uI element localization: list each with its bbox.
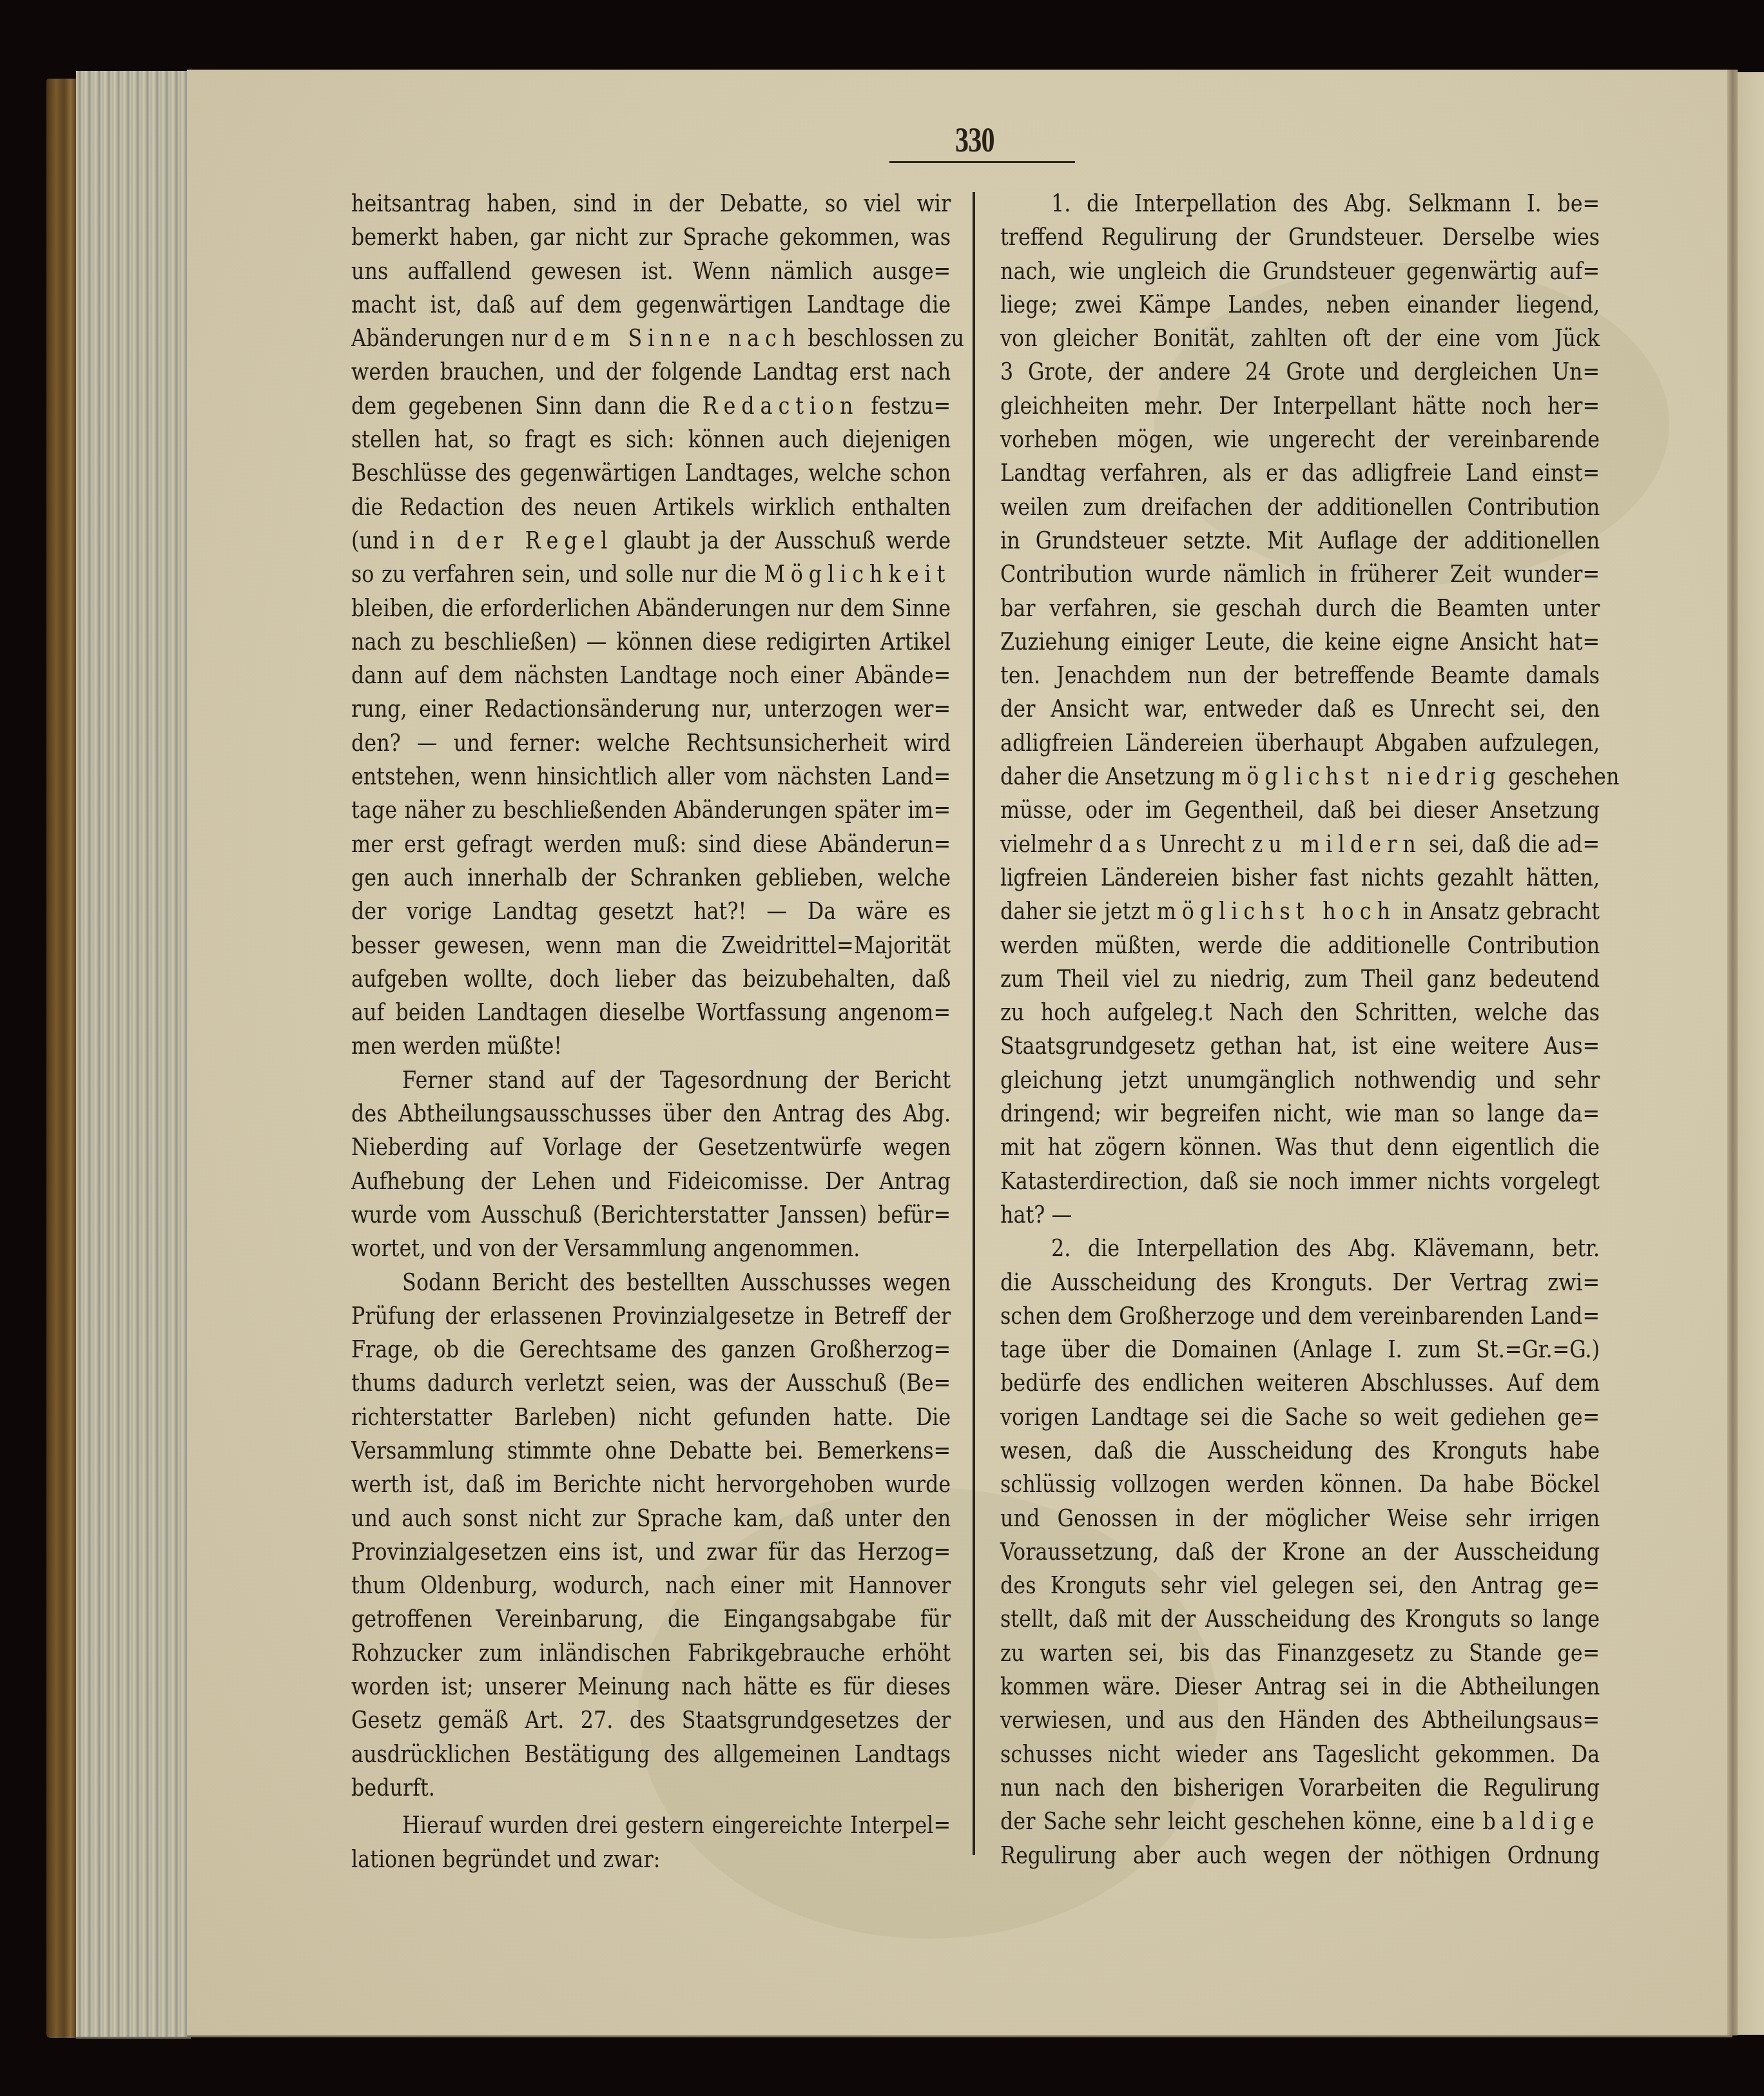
text-segment: schlüssig vollzogen werden können. Da ha…: [1000, 1470, 1600, 1498]
text-line: bedurft.: [351, 1771, 951, 1805]
text-segment: weilen zum dreifachen der additionellen …: [1000, 493, 1600, 521]
right-text-column: 1. die Interpellation des Abg. Selkmann …: [1000, 187, 1600, 1872]
text-line: mer erst gefragt werden muß: sind diese …: [351, 828, 951, 861]
text-segment: Rohzucker zum inländischen Fabrikgebrauc…: [351, 1639, 951, 1667]
text-line: Prüfung der erlassenen Provinzialgesetze…: [351, 1299, 951, 1333]
text-line: ten. Jenachdem nun der betreffende Beamt…: [1000, 659, 1600, 692]
text-line: ligfreien Ländereien bisher fast nichts …: [1000, 861, 1600, 895]
emphasized-text: möglichst niedrig: [1221, 762, 1502, 790]
header-rule: [889, 161, 1075, 163]
text-line: in Grundsteuer setzte. Mit Auflage der a…: [1000, 524, 1600, 558]
text-segment: aufgeben wollte, doch lieber das beizube…: [351, 965, 951, 993]
text-segment: 2. die Interpellation des Abg. Klävemann…: [1051, 1234, 1600, 1262]
text-line: stellen hat, so fragt es sich: können au…: [351, 423, 951, 456]
emphasized-text: dem Sinne nach: [554, 324, 801, 352]
text-segment: Frage, ob die Gerechtsame des ganzen Gro…: [351, 1335, 951, 1363]
emphasized-text: Redaction: [703, 392, 859, 420]
text-segment: bleiben, die erforderlichen Abänderungen…: [351, 594, 951, 622]
text-line: (und in der Regel glaubt ja der Ausschuß…: [351, 524, 951, 558]
text-line: Ferner stand auf der Tagesordnung der Be…: [351, 1063, 951, 1097]
text-segment: Aufhebung der Lehen und Fideicomisse. De…: [351, 1167, 951, 1195]
text-line: hat? —: [1000, 1198, 1600, 1232]
text-segment: Katasterdirection, daß sie noch immer ni…: [1000, 1167, 1600, 1195]
text-segment: mit hat zögern können. Was thut denn eig…: [1000, 1133, 1600, 1161]
text-segment: daher die Ansetzung: [1000, 762, 1221, 790]
emphasized-text: möglichst hoch: [1157, 897, 1396, 925]
text-segment: nach zu beschließen) — können diese redi…: [351, 628, 951, 655]
text-line: 3 Grote, der andere 24 Grote und derglei…: [1000, 355, 1600, 389]
text-line: dem gegebenen Sinn dann die Redaction fe…: [351, 389, 951, 423]
text-line: Zuziehung einiger Leute, die keine eigne…: [1000, 625, 1600, 659]
text-line: die Redaction des neuen Artikels wirklic…: [351, 490, 951, 524]
emphasized-text: das: [1099, 830, 1152, 858]
text-line: werden brauchen, und der folgende Landta…: [351, 355, 951, 389]
text-segment: des Abtheilungsausschusses über den Antr…: [351, 1100, 951, 1127]
text-segment: tage näher zu beschließenden Abänderunge…: [351, 796, 951, 824]
text-line: bedürfe des endlichen weiteren Abschluss…: [1000, 1366, 1600, 1400]
text-line: adligfreien Ländereien überhaupt Abgaben…: [1000, 726, 1600, 760]
text-line: entstehen, wenn hinsichtlich aller vom n…: [351, 760, 951, 793]
text-segment: Nieberding auf Vorlage der Gesetzentwürf…: [351, 1133, 951, 1161]
text-line: zu warten sei, bis das Finanzgesetz zu S…: [1000, 1636, 1600, 1670]
text-segment: richterstatter Barleben) nicht gefunden …: [351, 1403, 951, 1431]
text-line: Katasterdirection, daß sie noch immer ni…: [1000, 1165, 1600, 1198]
text-line: lationen begründet und zwar:: [351, 1843, 951, 1876]
text-segment: Regulirung aber auch wegen der nöthigen …: [1000, 1841, 1600, 1869]
emphasized-text: in der Regel: [409, 527, 613, 554]
text-segment: ligfreien Ländereien bisher fast nichts …: [1000, 864, 1600, 891]
page-stack-edge: [76, 71, 191, 2039]
text-line: nach, wie ungleich die Grundsteuer gegen…: [1000, 255, 1600, 288]
text-segment: treffend Regulirung der Grundsteuer. Der…: [1000, 223, 1600, 251]
text-line: daher sie jetzt möglichst hoch in Ansatz…: [1000, 895, 1600, 928]
text-line: wesen, daß die Ausscheidung des Kronguts…: [1000, 1434, 1600, 1468]
text-segment: wesen, daß die Ausscheidung des Kronguts…: [1000, 1437, 1600, 1464]
text-segment: tage über die Domainen (Anlage I. zum St…: [1000, 1335, 1600, 1363]
text-segment: stellt, daß mit der Ausscheidung des Kro…: [1000, 1605, 1600, 1633]
text-line: werden müßten, werde die additionelle Co…: [1000, 929, 1600, 962]
text-segment: festzu=: [858, 392, 951, 420]
text-segment: zum Theil viel zu niedrig, zum Theil gan…: [1000, 965, 1600, 993]
text-segment: wurde vom Ausschuß (Berichterstatter Jan…: [351, 1201, 951, 1228]
text-line: Landtag verfahren, als er das adligfreie…: [1000, 456, 1600, 490]
text-segment: Prüfung der erlassenen Provinzialgesetze…: [351, 1302, 951, 1330]
text-line: Sodann Bericht des bestellten Ausschusse…: [351, 1266, 951, 1299]
text-segment: lationen begründet und zwar:: [351, 1845, 660, 1873]
text-segment: sei, daß die ad=: [1422, 830, 1600, 858]
text-line: der Sache sehr leicht geschehen könne, e…: [1000, 1805, 1600, 1838]
text-segment: Landtag verfahren, als er das adligfreie…: [1000, 459, 1600, 487]
text-line: gleichung jetzt unumgänglich nothwendig …: [1000, 1063, 1600, 1097]
text-line: aufgeben wollte, doch lieber das beizube…: [351, 962, 951, 996]
text-line: müsse, oder im Gegentheil, daß bei diese…: [1000, 793, 1600, 827]
text-line: den? — und ferner: welche Rechtsunsicher…: [351, 726, 951, 760]
text-segment: des Kronguts sehr viel gelegen sei, den …: [1000, 1571, 1600, 1599]
text-line: auf beiden Landtagen dieselbe Wortfassun…: [351, 996, 951, 1029]
text-line: und Genossen in der möglicher Weise sehr…: [1000, 1502, 1600, 1535]
text-segment: dringend; wir begreifen nicht, wie man s…: [1000, 1100, 1600, 1127]
text-segment: werth ist, daß im Berichte nicht hervorg…: [351, 1470, 951, 1498]
text-segment: daher sie jetzt: [1000, 897, 1157, 925]
text-line: heitsantrag haben, sind in der Debatte, …: [351, 187, 951, 220]
text-line: des Kronguts sehr viel gelegen sei, den …: [1000, 1569, 1600, 1602]
text-line: gleichheiten mehr. Der Interpellant hätt…: [1000, 389, 1600, 423]
text-line: Contribution wurde nämlich in früherer Z…: [1000, 558, 1600, 591]
text-segment: entstehen, wenn hinsichtlich aller vom n…: [351, 762, 951, 790]
text-line: Hierauf wurden drei gestern eingereichte…: [351, 1809, 951, 1842]
text-segment: thum Oldenburg, wodurch, nach einer mit …: [351, 1571, 951, 1599]
text-segment: beschlossen zu: [801, 324, 964, 352]
text-segment: bar verfahren, sie geschah durch die Bea…: [1000, 594, 1600, 622]
emphasized-text: baldige: [1483, 1807, 1600, 1835]
text-segment: nach, wie ungleich die Grundsteuer gegen…: [1000, 257, 1600, 285]
text-segment: nun nach den bisherigen Vorarbeiten die …: [1000, 1774, 1600, 1801]
text-line: kommen wäre. Dieser Antrag sei in die Ab…: [1000, 1670, 1600, 1703]
text-segment: vorigen Landtage sei die Sache so weit g…: [1000, 1403, 1600, 1431]
text-line: thums dadurch verletzt seien, was der Au…: [351, 1366, 951, 1400]
text-segment: Versammlung stimmte ohne Debatte bei. Be…: [351, 1437, 951, 1464]
text-line: zu hoch aufgeleg.t Nach den Schritten, w…: [1000, 996, 1600, 1029]
text-segment: kommen wäre. Dieser Antrag sei in die Ab…: [1000, 1673, 1600, 1700]
text-segment: die Redaction des neuen Artikels wirklic…: [351, 493, 951, 521]
text-line: treffend Regulirung der Grundsteuer. Der…: [1000, 220, 1600, 254]
text-segment: und Genossen in der möglicher Weise sehr…: [1000, 1504, 1600, 1532]
text-line: macht ist, daß auf dem gegenwärtigen Lan…: [351, 288, 951, 322]
text-segment: stellen hat, so fragt es sich: können au…: [351, 425, 951, 453]
text-segment: so zu verfahren sein, und solle nur die: [351, 560, 764, 588]
text-segment: dann auf dem nächsten Landtage noch eine…: [351, 661, 951, 689]
text-line: Rohzucker zum inländischen Fabrikgebrauc…: [351, 1636, 951, 1670]
text-segment: die Ausscheidung des Kronguts. Der Vertr…: [1000, 1268, 1600, 1296]
text-segment: geschehen: [1502, 762, 1620, 790]
text-line: Gesetz gemäß Art. 27. des Staatsgrundges…: [351, 1703, 951, 1737]
text-segment: bedürfe des endlichen weiteren Abschluss…: [1000, 1369, 1600, 1397]
text-line: daher die Ansetzung möglichst niedrig ge…: [1000, 760, 1600, 793]
text-line: tage über die Domainen (Anlage I. zum St…: [1000, 1333, 1600, 1366]
text-segment: Sodann Bericht des bestellten Ausschusse…: [402, 1268, 951, 1296]
text-segment: besser gewesen, wenn man die Zweidrittel…: [351, 931, 951, 959]
text-segment: den? — und ferner: welche Rechtsunsicher…: [351, 729, 951, 757]
text-line: wortet, und von der Versammlung angenomm…: [351, 1232, 951, 1265]
text-line: des Abtheilungsausschusses über den Antr…: [351, 1097, 951, 1130]
text-segment: auf beiden Landtagen dieselbe Wortfassun…: [351, 998, 951, 1026]
text-segment: Abänderungen nur: [351, 324, 554, 352]
text-line: dann auf dem nächsten Landtage noch eine…: [351, 659, 951, 692]
text-segment: rung, einer Redactionsänderung nur, unte…: [351, 695, 951, 723]
text-line: dringend; wir begreifen nicht, wie man s…: [1000, 1097, 1600, 1130]
text-segment: werden müßten, werde die additionelle Co…: [1000, 931, 1600, 959]
text-line: vorigen Landtage sei die Sache so weit g…: [1000, 1401, 1600, 1434]
text-segment: Unrecht: [1152, 830, 1252, 858]
text-segment: zu warten sei, bis das Finanzgesetz zu S…: [1000, 1639, 1600, 1667]
text-segment: glaubt ja der Ausschuß werde: [613, 527, 951, 554]
text-line: schusses nicht wieder ans Tageslicht gek…: [1000, 1738, 1600, 1771]
text-line: bleiben, die erforderlichen Abänderungen…: [351, 592, 951, 625]
facing-page-edge: [1738, 72, 1764, 2035]
text-line: verwiesen, und aus den Händen des Abthei…: [1000, 1703, 1600, 1737]
text-line: tage näher zu beschließenden Abänderunge…: [351, 793, 951, 827]
text-segment: worden ist; unserer Meinung nach hätte e…: [351, 1673, 951, 1700]
text-segment: Hierauf wurden drei gestern eingereichte…: [402, 1811, 951, 1839]
text-segment: 3 Grote, der andere 24 Grote und derglei…: [1000, 358, 1600, 385]
page-number: 330: [955, 120, 991, 160]
column-divider: [973, 192, 975, 1855]
text-line: Abänderungen nur dem Sinne nach beschlos…: [351, 322, 951, 355]
text-segment: schen dem Großherzoge und dem vereinbare…: [1000, 1302, 1600, 1330]
text-segment: zu hoch aufgeleg.t Nach den Schritten, w…: [1000, 998, 1600, 1026]
text-line: der vorige Landtag gesetzt hat?! — Da wä…: [351, 895, 951, 928]
book-cover-edge: [46, 79, 79, 2038]
text-segment: bemerkt haben, gar nicht zur Sprache gek…: [351, 223, 951, 251]
text-line: werth ist, daß im Berichte nicht hervorg…: [351, 1468, 951, 1501]
text-line: men werden müßte!: [351, 1029, 951, 1063]
text-line: mit hat zögern können. Was thut denn eig…: [1000, 1130, 1600, 1164]
text-segment: gen auch innerhalb der Schranken geblieb…: [351, 864, 951, 891]
text-line: nach zu beschließen) — können diese redi…: [351, 625, 951, 659]
text-line: rung, einer Redactionsänderung nur, unte…: [351, 692, 951, 726]
text-line: so zu verfahren sein, und solle nur die …: [351, 558, 951, 591]
text-line: Voraussetzung, daß der Krone an der Auss…: [1000, 1535, 1600, 1569]
text-segment: men werden müßte!: [351, 1032, 562, 1060]
text-line: 2. die Interpellation des Abg. Klävemann…: [1000, 1232, 1600, 1265]
text-segment: werden brauchen, und der folgende Landta…: [351, 358, 951, 385]
text-line: getroffenen Vereinbarung, die Eingangsab…: [351, 1602, 951, 1636]
text-line: von gleicher Bonität, zahlten oft der ei…: [1000, 322, 1600, 355]
text-line: richterstatter Barleben) nicht gefunden …: [351, 1401, 951, 1434]
text-line: Regulirung aber auch wegen der nöthigen …: [1000, 1839, 1600, 1872]
text-line: gen auch innerhalb der Schranken geblieb…: [351, 861, 951, 895]
text-line: vielmehr das Unrecht zu mildern sei, daß…: [1000, 828, 1600, 861]
text-line: wurde vom Ausschuß (Berichterstatter Jan…: [351, 1198, 951, 1232]
text-segment: der vorige Landtag gesetzt hat?! — Da wä…: [351, 897, 951, 925]
emphasized-text: zu mildern: [1252, 830, 1422, 858]
text-line: 1. die Interpellation des Abg. Selkmann …: [1000, 187, 1600, 220]
text-line: Staatsgrundgesetz gethan hat, ist eine w…: [1000, 1029, 1600, 1063]
text-segment: heitsantrag haben, sind in der Debatte, …: [351, 189, 951, 217]
text-line: nun nach den bisherigen Vorarbeiten die …: [1000, 1771, 1600, 1805]
text-line: thum Oldenburg, wodurch, nach einer mit …: [351, 1569, 951, 1602]
text-line: vorheben mögen, wie ungerecht der verein…: [1000, 423, 1600, 456]
text-segment: Gesetz gemäß Art. 27. des Staatsgrundges…: [351, 1706, 951, 1734]
text-segment: hat? —: [1000, 1201, 1072, 1228]
text-segment: gleichung jetzt unumgänglich nothwendig …: [1000, 1066, 1600, 1094]
text-line: besser gewesen, wenn man die Zweidrittel…: [351, 929, 951, 962]
text-segment: mer erst gefragt werden muß: sind diese …: [351, 830, 951, 858]
text-segment: Zuziehung einiger Leute, die keine eigne…: [1000, 628, 1600, 655]
text-segment: vorheben mögen, wie ungerecht der verein…: [1000, 425, 1600, 453]
text-segment: macht ist, daß auf dem gegenwärtigen Lan…: [351, 291, 951, 318]
text-segment: dem gegebenen Sinn dann die: [351, 392, 703, 420]
text-line: Nieberding auf Vorlage der Gesetzentwürf…: [351, 1130, 951, 1164]
text-line: bar verfahren, sie geschah durch die Bea…: [1000, 592, 1600, 625]
text-segment: (und: [351, 527, 409, 554]
text-segment: uns auffallend gewesen ist. Wenn nämlich…: [351, 257, 951, 285]
text-segment: getroffenen Vereinbarung, die Eingangsab…: [351, 1605, 951, 1633]
text-segment: bedurft.: [351, 1774, 435, 1801]
text-line: Aufhebung der Lehen und Fideicomisse. De…: [351, 1165, 951, 1198]
text-segment: verwiesen, und aus den Händen des Abthei…: [1000, 1706, 1600, 1734]
text-segment: thums dadurch verletzt seien, was der Au…: [351, 1369, 951, 1397]
text-line: und auch sonst nicht zur Sprache kam, da…: [351, 1502, 951, 1535]
text-segment: müsse, oder im Gegentheil, daß bei diese…: [1000, 796, 1600, 824]
text-line: schlüssig vollzogen werden können. Da ha…: [1000, 1468, 1600, 1501]
text-segment: gleichheiten mehr. Der Interpellant hätt…: [1000, 392, 1600, 420]
text-line: stellt, daß mit der Ausscheidung des Kro…: [1000, 1602, 1600, 1636]
book-gutter: [1727, 70, 1738, 2035]
text-line: worden ist; unserer Meinung nach hätte e…: [351, 1670, 951, 1703]
text-line: Frage, ob die Gerechtsame des ganzen Gro…: [351, 1333, 951, 1366]
text-line: Versammlung stimmte ohne Debatte bei. Be…: [351, 1434, 951, 1468]
text-segment: liege; zwei Kämpe Landes, neben einander…: [1000, 291, 1600, 318]
text-segment: und auch sonst nicht zur Sprache kam, da…: [351, 1504, 951, 1532]
text-segment: in Ansatz gebracht: [1396, 897, 1600, 925]
text-segment: der Sache sehr leicht geschehen könne, e…: [1000, 1807, 1483, 1835]
text-segment: Contribution wurde nämlich in früherer Z…: [1000, 560, 1600, 588]
text-segment: Ferner stand auf der Tagesordnung der Be…: [402, 1066, 951, 1094]
text-segment: von gleicher Bonität, zahlten oft der ei…: [1000, 324, 1600, 352]
text-line: liege; zwei Kämpe Landes, neben einander…: [1000, 288, 1600, 322]
text-line: die Ausscheidung des Kronguts. Der Vertr…: [1000, 1266, 1600, 1299]
text-line: Beschlüsse des gegenwärtigen Landtages, …: [351, 456, 951, 490]
text-line: bemerkt haben, gar nicht zur Sprache gek…: [351, 220, 951, 254]
text-segment: Provinzialgesetzen eins ist, und zwar fü…: [351, 1538, 951, 1566]
text-line: weilen zum dreifachen der additionellen …: [1000, 490, 1600, 524]
text-line: zum Theil viel zu niedrig, zum Theil gan…: [1000, 962, 1600, 996]
text-segment: ten. Jenachdem nun der betreffende Beamt…: [1000, 661, 1600, 689]
text-segment: Voraussetzung, daß der Krone an der Auss…: [1000, 1538, 1600, 1566]
text-segment: wortet, und von der Versammlung angenomm…: [351, 1234, 860, 1262]
left-text-column: heitsantrag haben, sind in der Debatte, …: [351, 187, 951, 1876]
text-segment: Staatsgrundgesetz gethan hat, ist eine w…: [1000, 1032, 1600, 1060]
emphasized-text: Möglichkeit: [764, 560, 951, 588]
text-segment: Beschlüsse des gegenwärtigen Landtages, …: [351, 459, 951, 487]
text-segment: adligfreien Ländereien überhaupt Abgaben…: [1000, 729, 1600, 757]
text-line: schen dem Großherzoge und dem vereinbare…: [1000, 1299, 1600, 1333]
text-line: Provinzialgesetzen eins ist, und zwar fü…: [351, 1535, 951, 1569]
text-segment: ausdrücklichen Bestätigung des allgemein…: [351, 1740, 951, 1768]
text-segment: schusses nicht wieder ans Tageslicht gek…: [1000, 1740, 1600, 1768]
text-segment: vielmehr: [1000, 830, 1099, 858]
text-segment: 1. die Interpellation des Abg. Selkmann …: [1051, 189, 1600, 217]
text-line: ausdrücklichen Bestätigung des allgemein…: [351, 1738, 951, 1771]
text-segment: in Grundsteuer setzte. Mit Auflage der a…: [1000, 527, 1600, 554]
text-segment: der Ansicht war, entweder daß es Unrecht…: [1000, 695, 1600, 723]
text-line: uns auffallend gewesen ist. Wenn nämlich…: [351, 255, 951, 288]
text-line: der Ansicht war, entweder daß es Unrecht…: [1000, 692, 1600, 726]
